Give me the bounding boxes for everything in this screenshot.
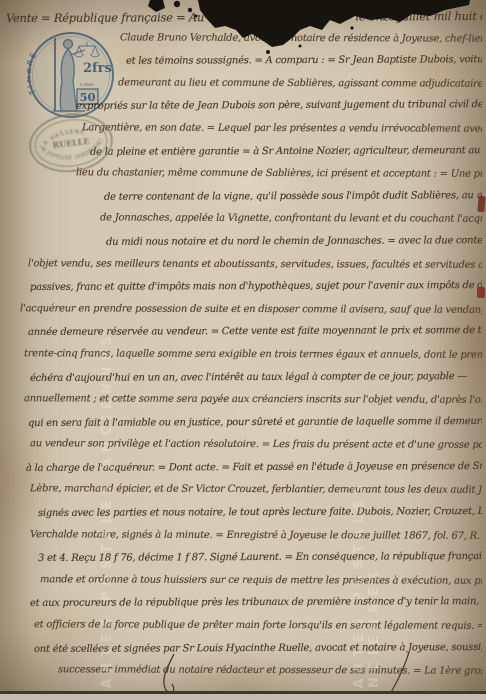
text-line: l'objet vendu, ses meilleurs tenants et … — [28, 258, 482, 282]
text-line: successeur immédiat du notaire rédacteur… — [58, 664, 482, 688]
text-line: de la pleine et entière garantie = à Sr … — [90, 145, 482, 169]
text-line: annuellement ; et cette somme sera payée… — [24, 393, 482, 417]
text-line: du midi nous notaire et du nord le chemi… — [106, 235, 482, 259]
text-line: de terre contenant de la vigne, qu'il po… — [104, 190, 482, 214]
text-line: année demeure réservée au vendeur. = Cet… — [28, 325, 482, 350]
notary-oval-stamp: LA VASSENE RUELLE A JOYEUSE (ARDÈCHE) — [22, 106, 119, 180]
text-line: de Jonnasches, appelée la Vignette, conf… — [100, 213, 482, 237]
scan-bottom-margin — [0, 694, 486, 700]
text-line: Verchalde notaire, signés à la minute. =… — [30, 529, 482, 553]
text-line: passives, franc et quitte d'impôts mais … — [30, 280, 482, 305]
text-line: demeurant au lieu et commune de Sablière… — [118, 77, 482, 101]
text-line: et officiers de la force publique de prê… — [34, 619, 482, 643]
text-line: échéra d'aujourd'hui en un an, avec l'in… — [30, 371, 482, 396]
stamp-centimes-label: c.mes — [80, 83, 94, 88]
text-line: Largentière, en son date. = Lequel par l… — [82, 122, 482, 146]
text-line: 3 et 4. Reçu 18 f 76, décime 1 f 87. Sig… — [38, 551, 482, 576]
text-line: l'acquéreur en prendre possession de sui… — [20, 303, 482, 327]
text-line: au vendeur son privilège et l'action rés… — [30, 438, 482, 462]
ink-blot — [0, 0, 486, 64]
text-line: signés avec les parties et nous notaire,… — [38, 506, 482, 531]
text-line: Lèbre, marchand épicier, et de Sr Victor… — [30, 484, 482, 508]
text-line: expropriés sur la tête de Jean Dubois so… — [76, 99, 482, 123]
paper-edge-mark — [477, 287, 485, 298]
manuscript-page: Vente = République française = Au nom du… — [0, 0, 486, 700]
text-line: et aux procureurs de la république près … — [30, 596, 482, 621]
text-line: trente-cinq francs, laquelle somme sera … — [24, 348, 482, 372]
stamp-value-centimes: 50 — [79, 90, 95, 104]
text-line: à la charge de l'acquéreur. = Dont acte.… — [26, 461, 482, 486]
paper-edge-mark — [477, 196, 485, 213]
text-line: mande et ordonne à tous huissiers sur ce… — [40, 574, 482, 598]
text-line: qui en sera fait à l'amiable ou en justi… — [28, 416, 482, 441]
text-line: lieu du chastanier, même commune de Sabl… — [76, 167, 482, 191]
